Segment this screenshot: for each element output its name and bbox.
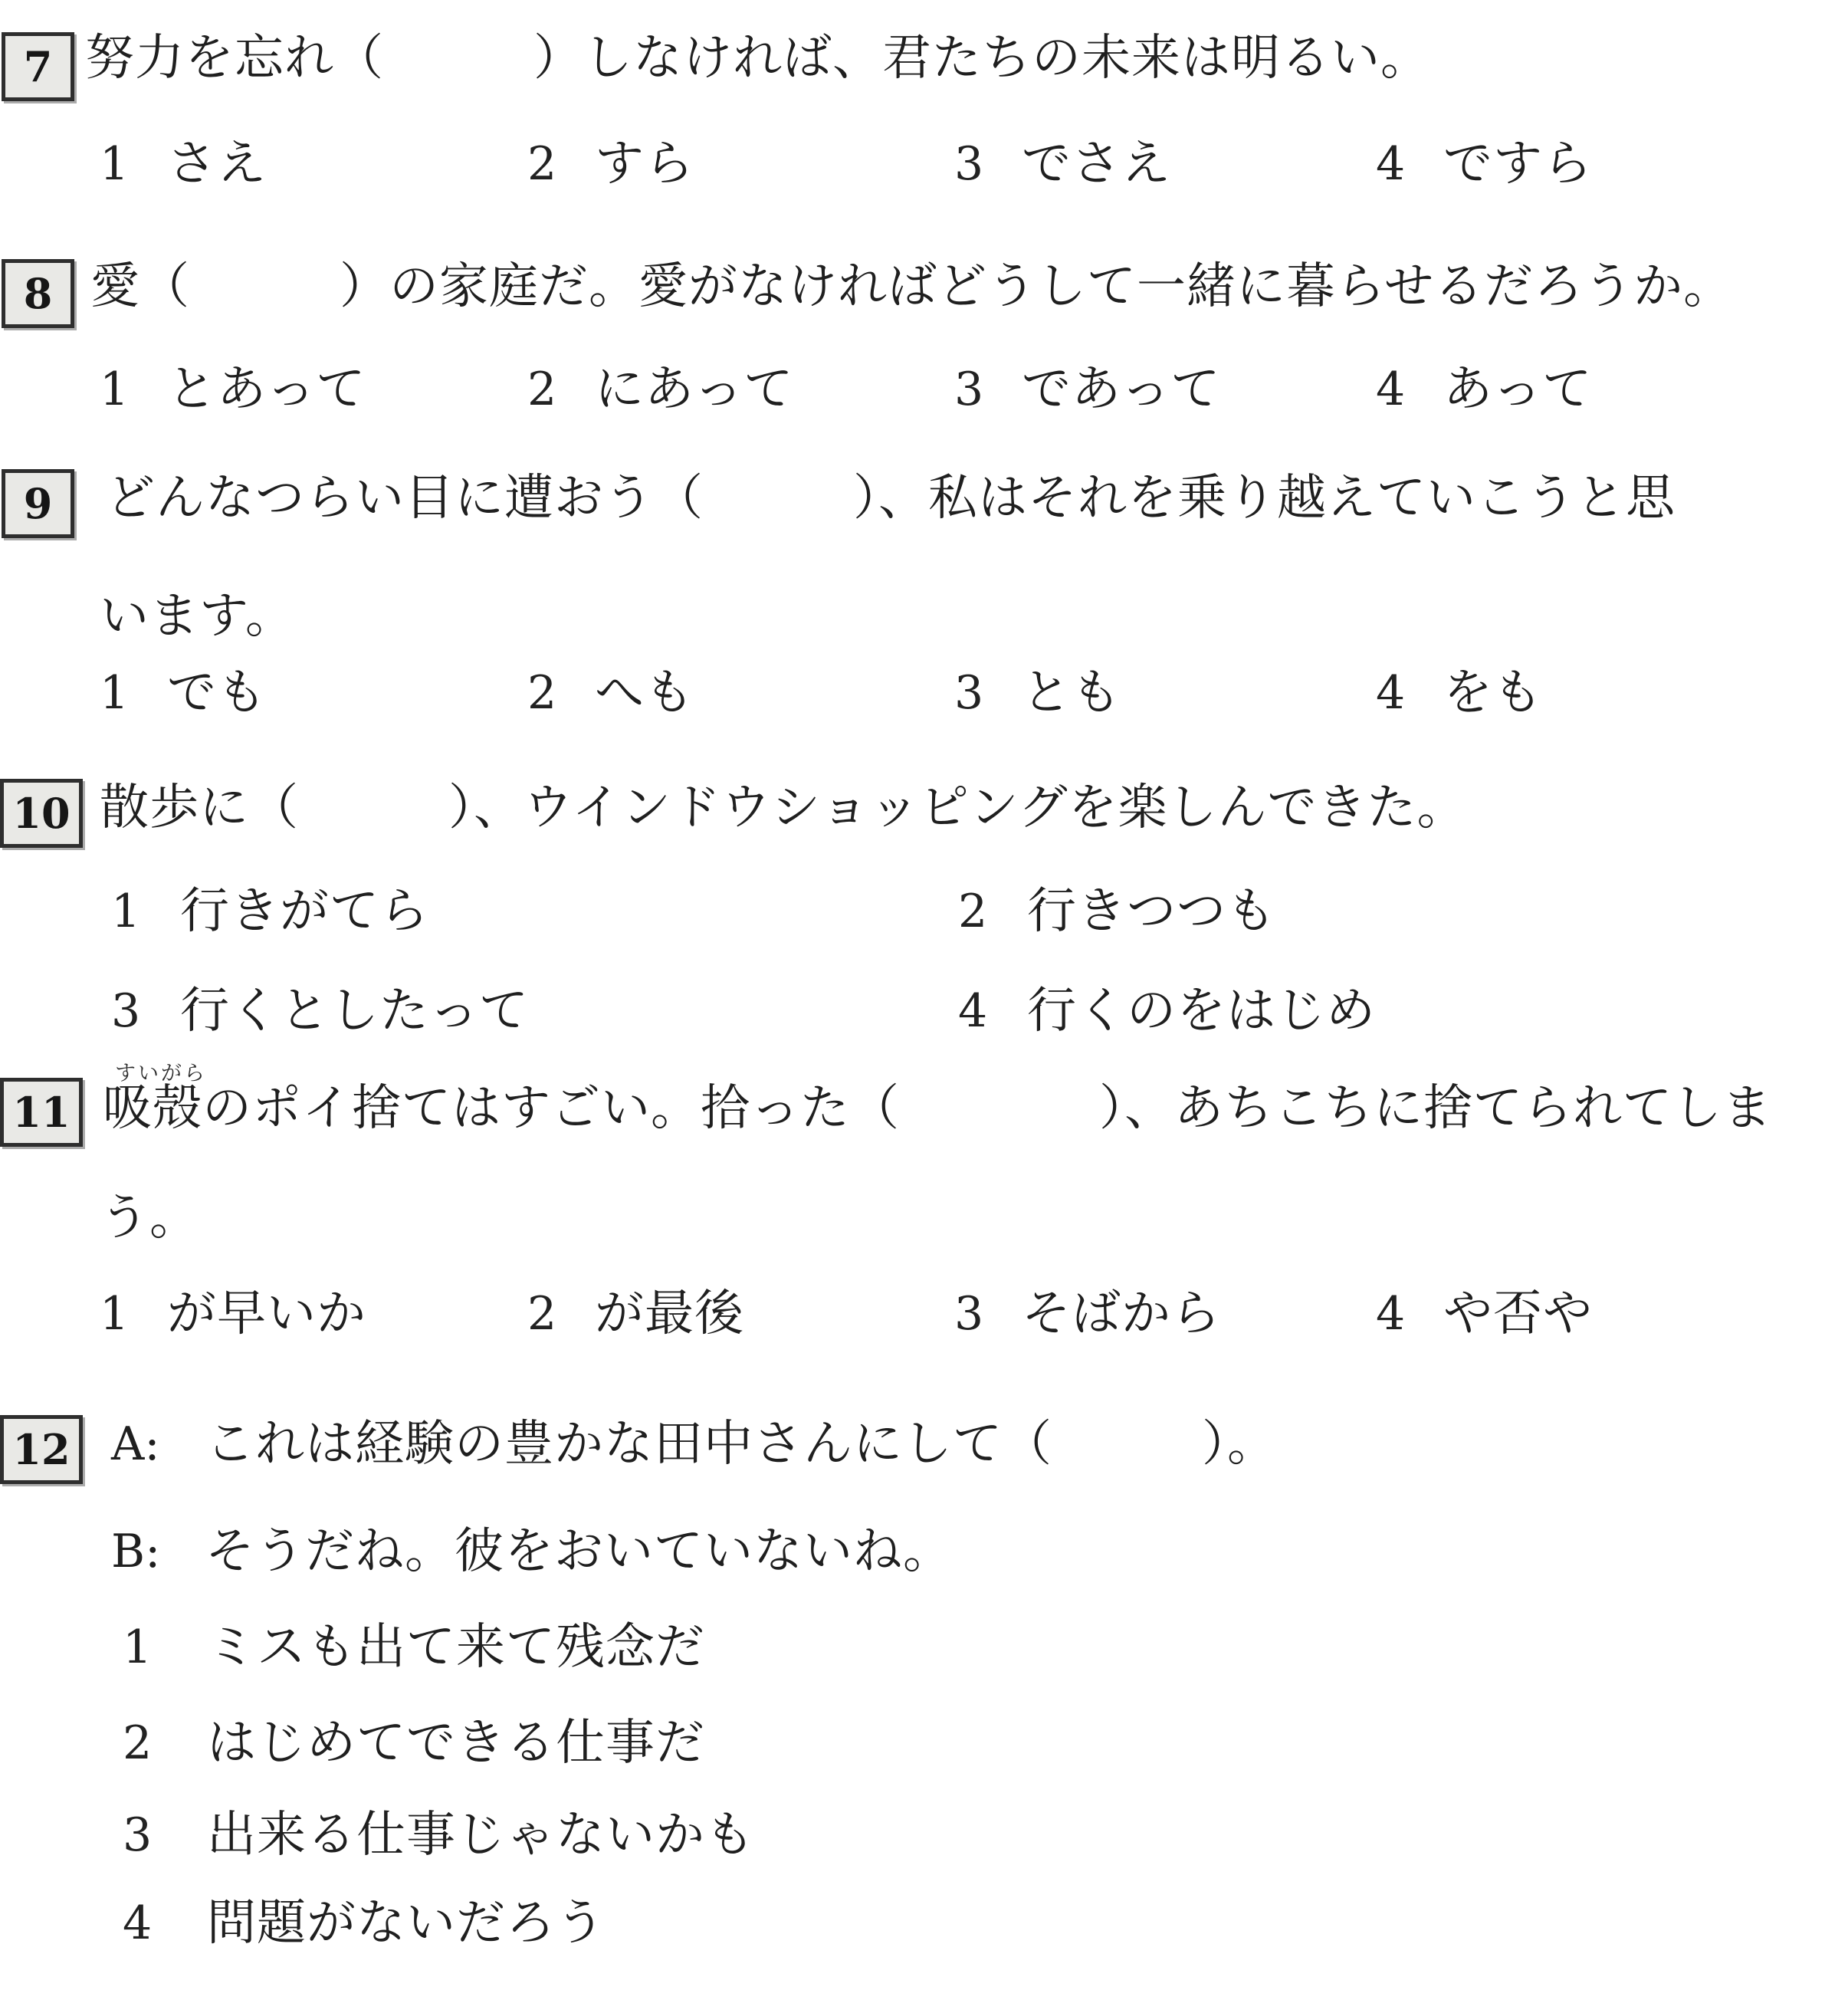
option-text: とあって xyxy=(167,362,366,419)
option-number: 2 xyxy=(527,665,595,721)
option-text: にあって xyxy=(595,362,793,419)
question-10-number-box: 10 xyxy=(0,779,83,848)
question-10-option-4: 4行くのをはじめ xyxy=(958,984,1376,1040)
option-number: 4 xyxy=(123,1896,207,1951)
question-9-number: 9 xyxy=(24,479,53,528)
question-9-stem-line1: どんなつらい目に遭おう（ ）、私はそれを乗り越えていこうと思 xyxy=(106,471,1676,527)
option-text: 出来る仕事じゃないかも xyxy=(207,1808,755,1864)
option-number: 4 xyxy=(1376,665,1443,721)
option-number: 3 xyxy=(111,984,180,1039)
question-11-option-2: 2が最後 xyxy=(527,1286,744,1343)
option-number: 3 xyxy=(123,1808,207,1863)
option-number: 4 xyxy=(1376,1286,1443,1341)
question-11-option-1: 1が早いか xyxy=(100,1286,366,1343)
question-8-option-1: 1とあって xyxy=(100,362,366,419)
option-text: さえ xyxy=(167,136,267,193)
question-11-number-box: 11 xyxy=(0,1078,83,1147)
question-11-number: 11 xyxy=(12,1088,70,1137)
question-11-stem-line2: う。 xyxy=(100,1190,199,1247)
option-text: をも xyxy=(1443,665,1543,722)
option-number: 3 xyxy=(954,136,1022,192)
option-number: 2 xyxy=(527,362,595,417)
question-8-option-2: 2にあって xyxy=(527,362,793,419)
question-8-stem: 愛（ ）の家庭だ。愛がなければどうして一緒に暮らせるだろうか。 xyxy=(90,259,1733,316)
option-text: ですら xyxy=(1443,136,1593,193)
question-10-option-3: 3行くとしたって xyxy=(111,984,529,1040)
question-12-number: 12 xyxy=(12,1425,70,1474)
option-text: が早いか xyxy=(167,1286,366,1343)
dialogue-b-text: そうだね。彼をおいていないね。 xyxy=(205,1524,953,1581)
exam-page: 7 努力を忘れ（ ）しなければ、君たちの未来は明るい。 1さえ 2すら 3でさえ… xyxy=(0,0,1848,1990)
option-number: 1 xyxy=(100,362,167,417)
option-number: 2 xyxy=(958,884,1027,939)
option-text: へも xyxy=(595,665,694,722)
question-9-option-2: 2へも xyxy=(527,665,694,722)
option-text: 行きがてら xyxy=(180,884,429,941)
question-8-number: 8 xyxy=(24,269,53,318)
option-number: 1 xyxy=(123,1620,207,1675)
question-11-stem-line1: 吸殻のポイ捨てはすごい。拾った（ ）、あちこちに捨てられてしま xyxy=(103,1081,1772,1138)
question-11-option-3: 3そばから xyxy=(954,1286,1221,1343)
option-text: 行くのをはじめ xyxy=(1027,984,1376,1040)
option-number: 4 xyxy=(1376,362,1443,417)
speaker-a-label: A: xyxy=(111,1417,205,1472)
question-10-option-1: 1行きがてら xyxy=(111,884,429,941)
option-text: や否や xyxy=(1443,1286,1593,1343)
option-text: 行きつつも xyxy=(1027,884,1276,941)
option-number: 3 xyxy=(954,1286,1022,1341)
option-number: 3 xyxy=(954,362,1022,417)
question-10-number: 10 xyxy=(12,789,70,838)
question-10-option-2: 2行きつつも xyxy=(958,884,1276,941)
question-9-option-3: 3とも xyxy=(954,665,1121,722)
option-number: 2 xyxy=(527,1286,595,1341)
option-text: でも xyxy=(167,665,267,722)
question-7-number-box: 7 xyxy=(2,32,74,101)
question-8-option-4: 4あって xyxy=(1376,362,1592,419)
question-12-option-1: 1ミスも出て来て残念だ xyxy=(123,1620,705,1676)
option-text: そばから xyxy=(1022,1286,1221,1343)
dialogue-a-text: これは経験の豊かな田中さんにして（ ）。 xyxy=(205,1417,1277,1473)
option-number: 2 xyxy=(123,1716,207,1771)
question-9-stem-line2: います。 xyxy=(100,589,295,645)
question-12-option-3: 3出来る仕事じゃないかも xyxy=(123,1808,755,1864)
question-7-option-4: 4ですら xyxy=(1376,136,1593,193)
option-number: 2 xyxy=(527,136,595,192)
question-12-line-b: B:そうだね。彼をおいていないね。 xyxy=(111,1524,953,1581)
option-number: 4 xyxy=(1376,136,1443,192)
option-text: はじめてできる仕事だ xyxy=(207,1716,705,1772)
question-10-stem: 散歩に（ ）、ウインドウショッピングを楽しんできた。 xyxy=(100,780,1467,837)
question-12-option-4: 4問題がないだろう xyxy=(123,1896,606,1952)
option-text: 問題がないだろう xyxy=(207,1896,606,1952)
option-text: 行くとしたって xyxy=(180,984,529,1040)
option-number: 4 xyxy=(958,984,1027,1039)
option-text: とも xyxy=(1022,665,1121,722)
option-text: が最後 xyxy=(595,1286,744,1343)
option-text: ミスも出て来て残念だ xyxy=(207,1620,705,1676)
option-number: 3 xyxy=(954,665,1022,721)
question-12-option-2: 2はじめてできる仕事だ xyxy=(123,1716,705,1772)
speaker-b-label: B: xyxy=(111,1524,205,1579)
option-number: 1 xyxy=(111,884,180,939)
question-7-number: 7 xyxy=(24,42,53,91)
question-7-option-3: 3でさえ xyxy=(954,136,1171,193)
question-7-option-1: 1さえ xyxy=(100,136,267,193)
option-text: すら xyxy=(595,136,694,193)
question-8-option-3: 3であって xyxy=(954,362,1220,419)
question-7-option-2: 2すら xyxy=(527,136,694,193)
option-text: でさえ xyxy=(1022,136,1171,193)
question-9-option-4: 4をも xyxy=(1376,665,1543,722)
option-text: あって xyxy=(1443,362,1592,419)
question-12-number-box: 12 xyxy=(0,1415,83,1484)
option-number: 1 xyxy=(100,136,167,192)
option-number: 1 xyxy=(100,1286,167,1341)
question-11-option-4: 4や否や xyxy=(1376,1286,1593,1343)
question-9-number-box: 9 xyxy=(2,469,74,538)
question-12-line-a: A:これは経験の豊かな田中さんにして（ ）。 xyxy=(111,1417,1277,1473)
option-text: であって xyxy=(1022,362,1220,419)
option-number: 1 xyxy=(100,665,167,721)
question-7-stem: 努力を忘れ（ ）しなければ、君たちの未来は明るい。 xyxy=(85,31,1430,87)
question-9-option-1: 1でも xyxy=(100,665,267,722)
question-8-number-box: 8 xyxy=(2,259,74,328)
